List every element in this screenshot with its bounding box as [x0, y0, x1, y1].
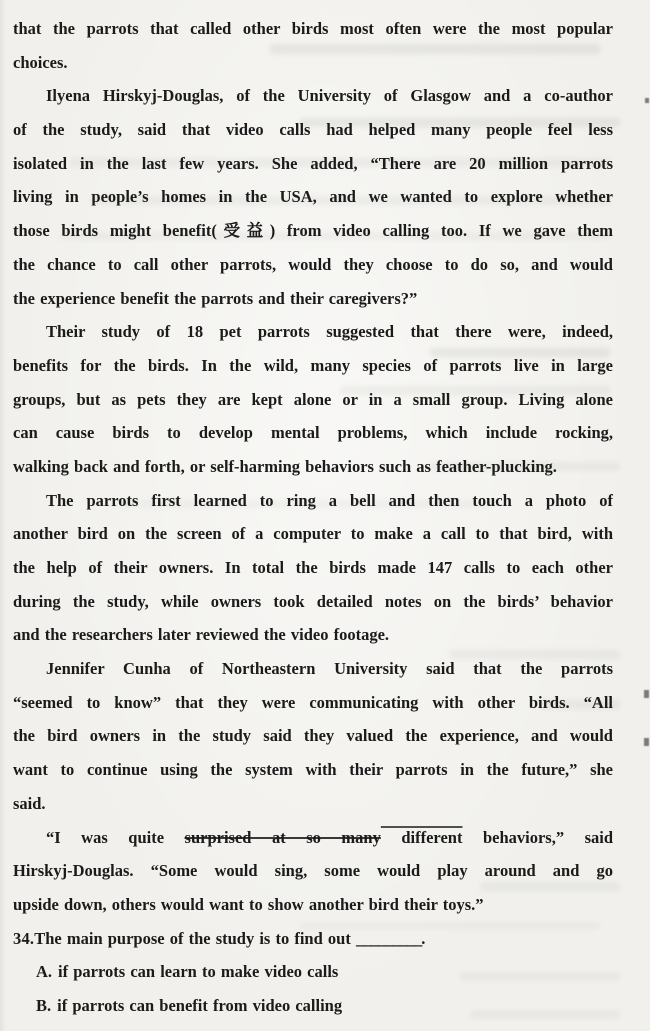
option-a-label: A. [36, 962, 52, 981]
passage-line: “seemed to know” that they were communic… [13, 686, 613, 720]
passage-text-segment: “I was quite [46, 828, 185, 847]
passage-line: walking back and forth, or self-harming … [13, 450, 613, 484]
option-a-text: if parrots can learn to make video calls [58, 962, 338, 981]
option-b-text: if parrots can benefit from video callin… [57, 996, 342, 1015]
passage-text-segment: behaviors,” said [462, 828, 613, 847]
passage-line-with-markings: “I was quite surprised at so many differ… [13, 821, 613, 855]
passage-line: the help of their owners. In total the b… [13, 551, 613, 585]
passage-line: the experience benefit the parrots and t… [13, 282, 613, 316]
passage-line: the chance to call other parrots, would … [13, 248, 613, 282]
passage-line: benefits for the birds. In the wild, man… [13, 349, 613, 383]
question-period: . [421, 929, 425, 948]
question-stem: The main purpose of the study is to find… [34, 929, 356, 948]
passage-line: said. [13, 787, 613, 821]
page-edge-mark [644, 690, 649, 698]
passage-line: Ilyena Hirskyj-Douglas, of the Universit… [13, 79, 613, 113]
question-number: 34. [13, 929, 34, 948]
option-a: A.if parrots can learn to make video cal… [13, 955, 613, 989]
passage-line: living in people’s homes in the USA, and… [13, 180, 613, 214]
passage-line: that the parrots that called other birds… [13, 12, 613, 46]
passage-line: during the study, while owners took deta… [13, 585, 613, 619]
scanned-exam-page: that the parrots that called other birds… [0, 0, 650, 1031]
passage-line: another bird on the screen of a computer… [13, 517, 613, 551]
passage-line: Their study of 18 pet parrots suggested … [13, 315, 613, 349]
passage-line: those birds might benefit(受益) from video… [13, 214, 613, 248]
passage-line: isolated in the last few years. She adde… [13, 147, 613, 181]
reading-passage: that the parrots that called other birds… [13, 12, 613, 1023]
passage-line: and the researchers later reviewed the v… [13, 618, 613, 652]
option-b: B.if parrots can benefit from video call… [13, 989, 613, 1023]
question-34: 34.The main purpose of the study is to f… [13, 922, 613, 956]
overlined-text: different [381, 828, 463, 847]
passage-line: of the study, said that video calls had … [13, 113, 613, 147]
page-edge-mark [645, 98, 649, 103]
passage-line: The parrots first learned to ring a bell… [13, 484, 613, 518]
question-blank: _________ [356, 929, 421, 948]
struck-through-text: surprised at so many [185, 828, 381, 847]
passage-line: groups, but as pets they are kept alone … [13, 383, 613, 417]
passage-line: upside down, others would want to show a… [13, 888, 613, 922]
passage-line: want to continue using the system with t… [13, 753, 613, 787]
passage-line: Hirskyj-Douglas. “Some would sing, some … [13, 854, 613, 888]
passage-line: choices. [13, 46, 613, 80]
passage-line: can cause birds to develop mental proble… [13, 416, 613, 450]
option-b-label: B. [36, 996, 51, 1015]
page-edge-mark [644, 738, 649, 746]
passage-line: Jennifer Cunha of Northeastern Universit… [13, 652, 613, 686]
passage-line: the bird owners in the study said they v… [13, 719, 613, 753]
